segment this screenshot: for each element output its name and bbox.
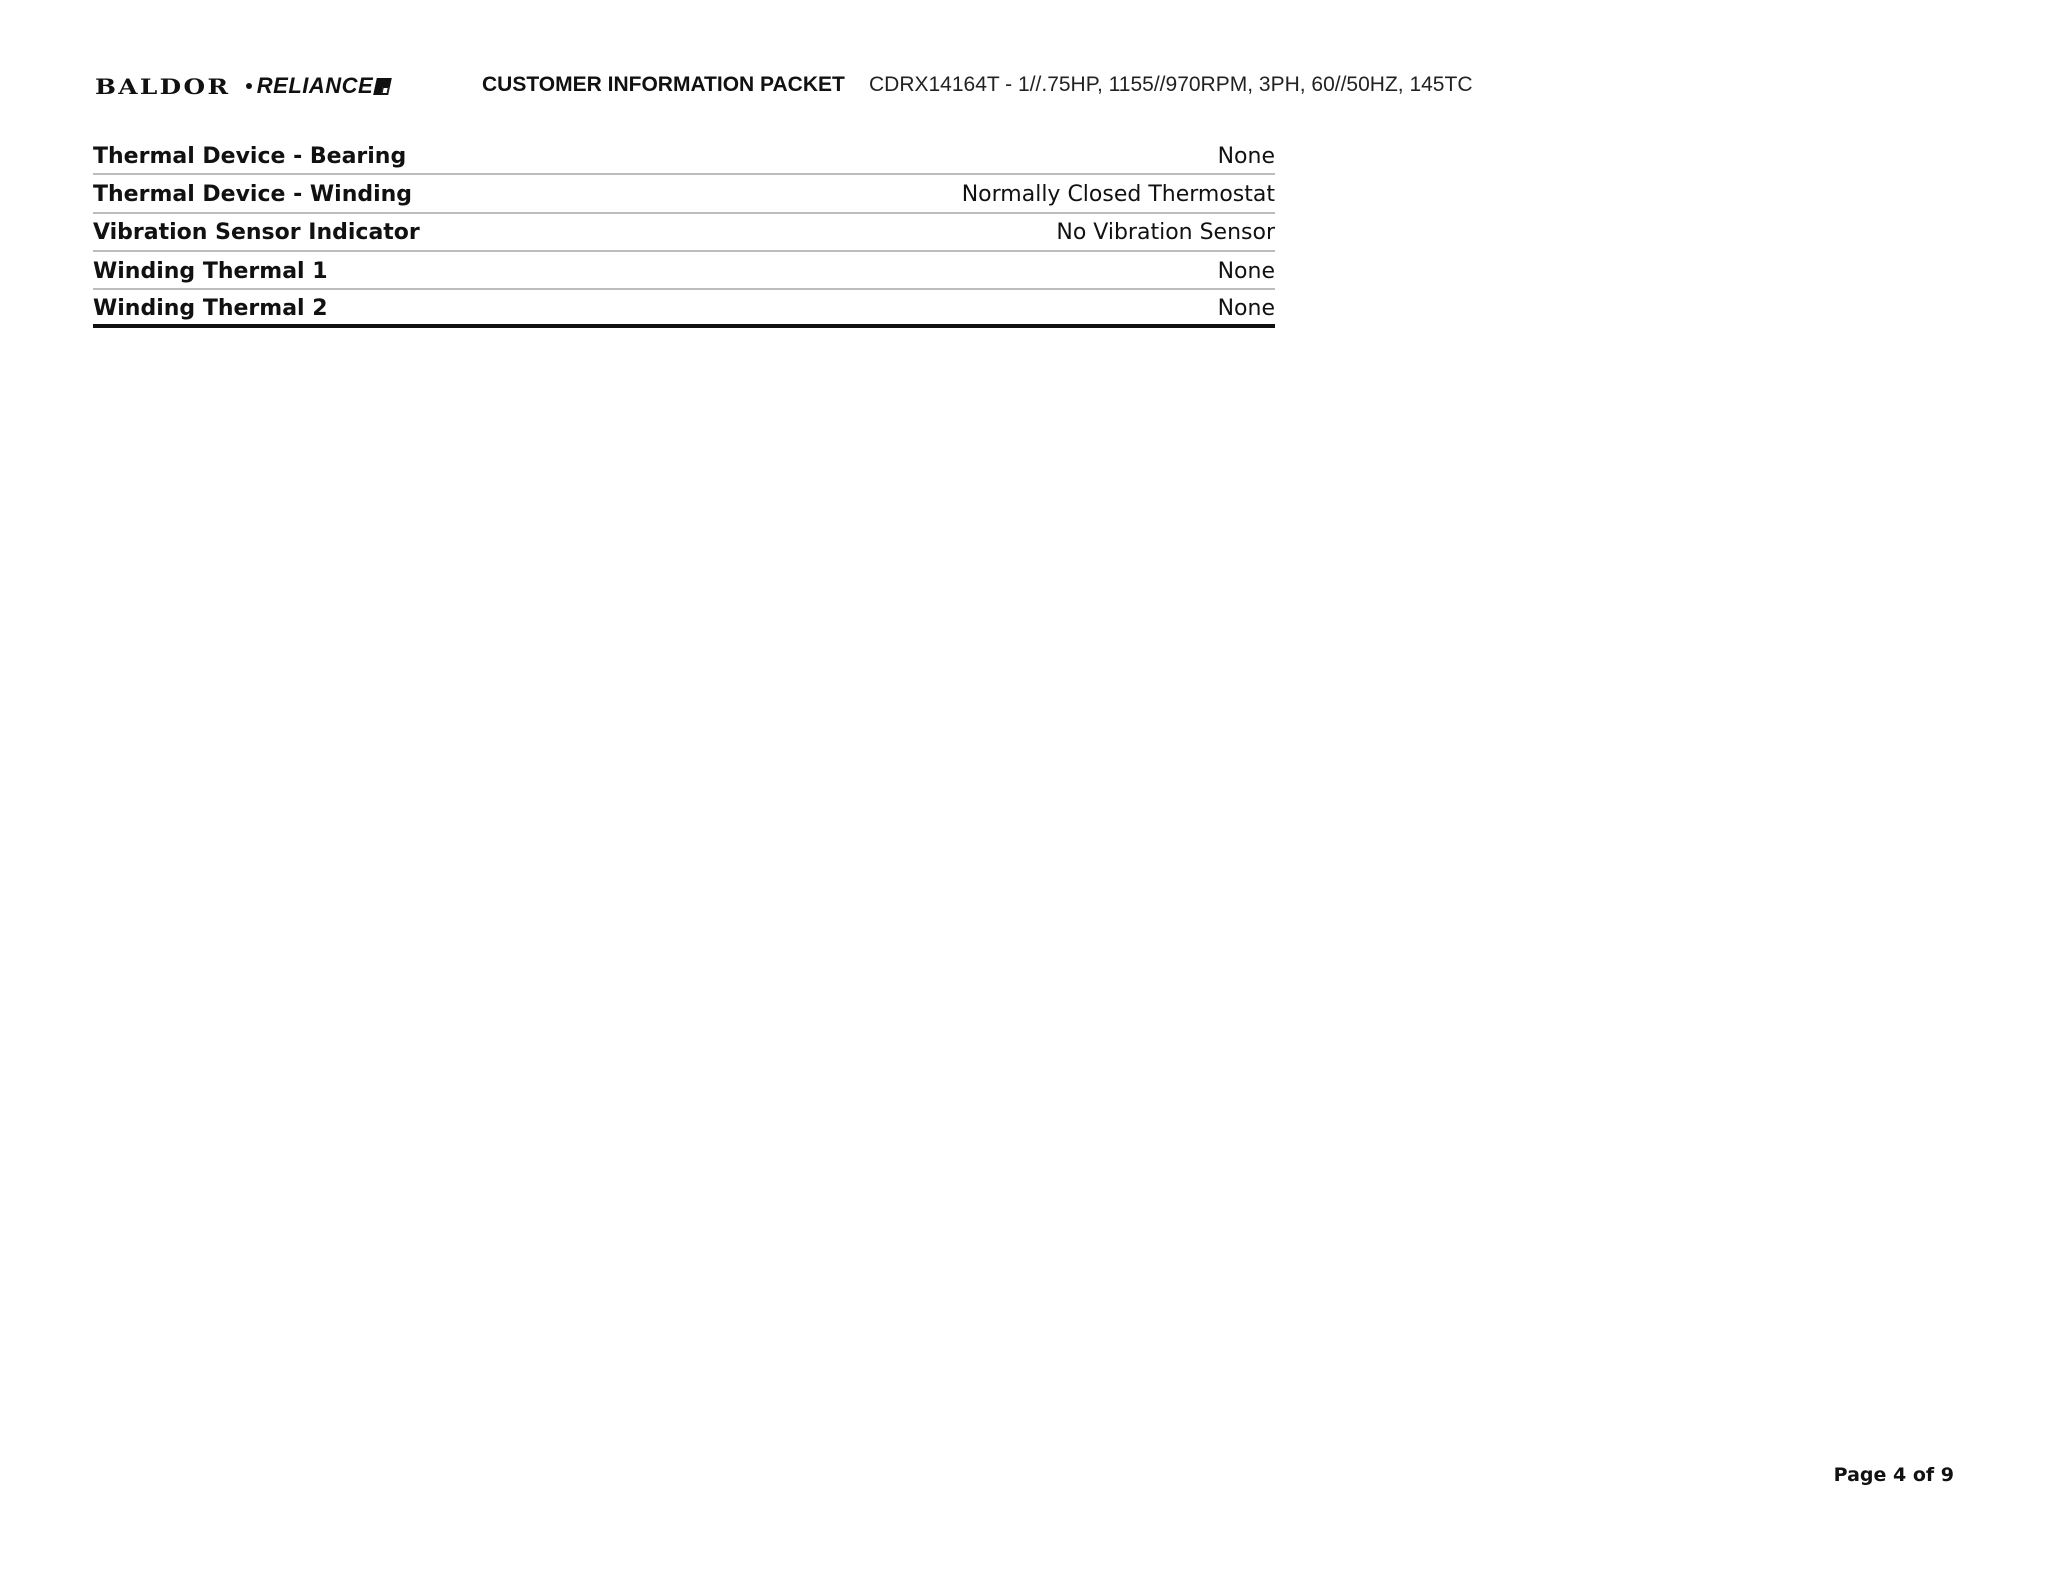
- spec-row-thermal-device-bearing: Thermal Device - Bearing None: [93, 137, 1275, 175]
- page-header: BALDOR RELIANCE CUSTOMER INFORMATION PAC…: [95, 72, 435, 100]
- baldor-reliance-logo: BALDOR RELIANCE: [95, 72, 435, 100]
- spec-value: None: [1218, 257, 1275, 284]
- reliance-r-mark-icon: [373, 78, 392, 95]
- spec-label: Thermal Device - Winding: [93, 180, 412, 207]
- document-title: CUSTOMER INFORMATION PACKET: [482, 73, 845, 97]
- spec-table: Thermal Device - Bearing None Thermal De…: [93, 137, 1275, 328]
- spec-value: Normally Closed Thermostat: [962, 180, 1275, 207]
- spec-label: Thermal Device - Bearing: [93, 142, 406, 169]
- spec-label: Winding Thermal 1: [93, 257, 328, 284]
- spec-row-winding-thermal-2: Winding Thermal 2 None: [93, 290, 1275, 328]
- spec-row-vibration-sensor-indicator: Vibration Sensor Indicator No Vibration …: [93, 214, 1275, 252]
- model-description: CDRX14164T - 1//.75HP, 1155//970RPM, 3PH…: [869, 73, 1472, 97]
- spec-row-winding-thermal-1: Winding Thermal 1 None: [93, 252, 1275, 290]
- spec-label: Vibration Sensor Indicator: [93, 218, 420, 245]
- spec-row-thermal-device-winding: Thermal Device - Winding Normally Closed…: [93, 175, 1275, 213]
- logo-baldor-text: BALDOR: [95, 74, 230, 99]
- spec-label: Winding Thermal 2: [93, 294, 328, 321]
- spec-value: None: [1218, 294, 1275, 321]
- spec-value: None: [1218, 142, 1275, 169]
- spec-value: No Vibration Sensor: [1056, 218, 1275, 245]
- logo-reliance-text: RELIANCE: [257, 73, 373, 99]
- page-number: Page 4 of 9: [1834, 1464, 1954, 1486]
- logo-separator-dot: [246, 83, 252, 89]
